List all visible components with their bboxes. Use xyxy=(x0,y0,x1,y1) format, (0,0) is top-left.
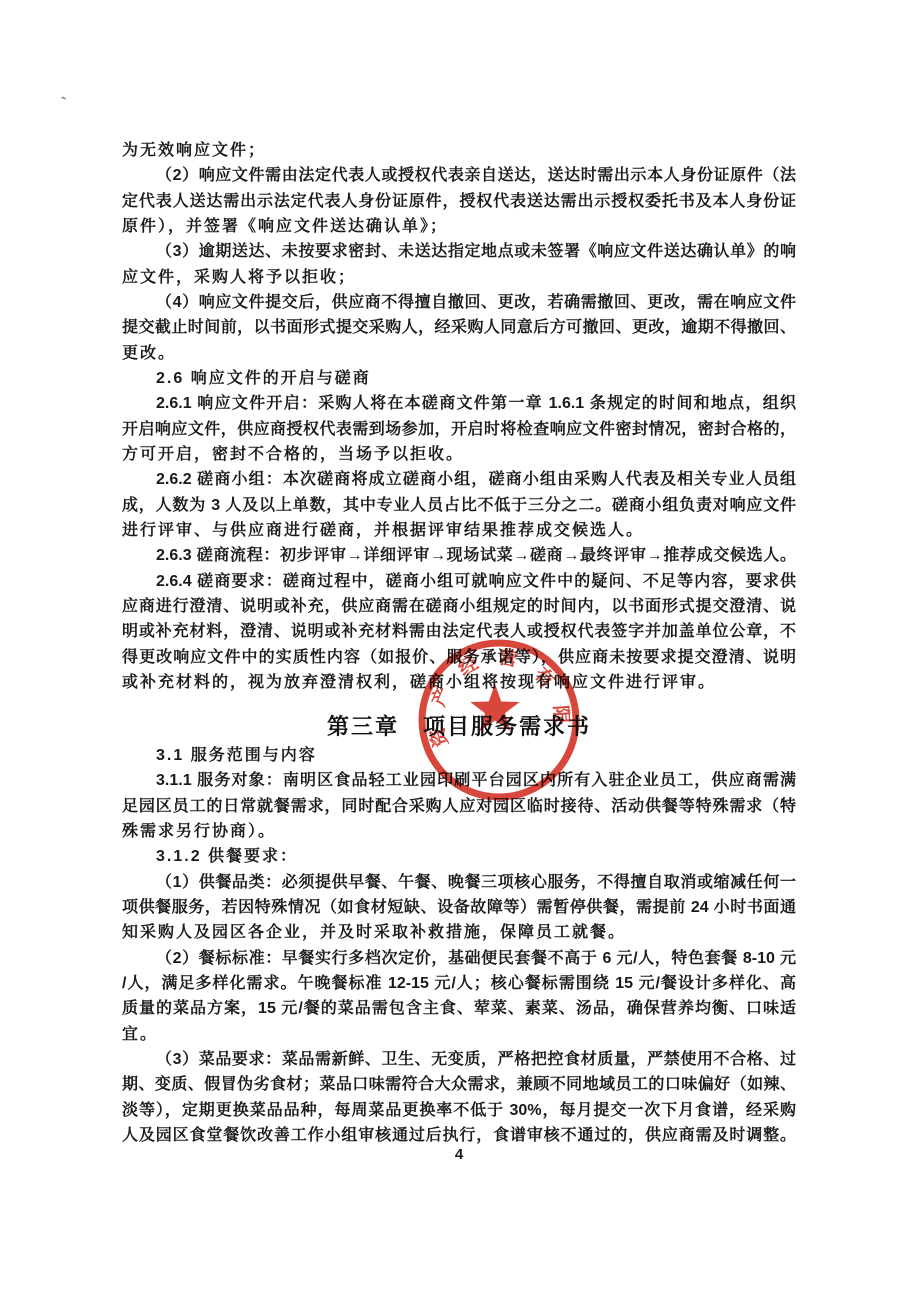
document-line: 成，人数为 3 人及以上单数，其中专业人员占比不低于三分之二。磋商小组负责对响应… xyxy=(122,493,796,518)
red-seal-stamp: 资产经营有限公司 xyxy=(404,625,594,815)
document-line: （1）供餐品类：必须提供早餐、午餐、晚餐三项核心服务，不得擅自取消或缩减任何一 xyxy=(122,870,796,895)
document-line: （3）菜品要求：菜品需新鲜、卫生、无变质，严格把控食材质量，严禁使用不合格、过 xyxy=(122,1047,796,1072)
document-line: 提交截止时间前，以书面形式提交采购人，经采购人同意后方可撤回、更改，逾期不得撤回… xyxy=(122,315,796,340)
document-line: 进行评审、与供应商进行磋商，并根据评审结果推荐成交候选人。 xyxy=(122,518,796,543)
document-line: 应商进行澄清、说明或补充，供应商需在磋商小组规定的时间内，以书面形式提交澄清、说 xyxy=(122,594,796,619)
document-line: 开启响应文件，供应商授权代表需到场参加，开启时将检查响应文件密封情况，密封合格的… xyxy=(122,417,796,442)
document-line: 知采购人及园区各企业，并及时采取补救措施，保障员工就餐。 xyxy=(122,920,796,945)
document-line: 为无效响应文件； xyxy=(122,138,796,163)
document-line: 2.6.2 磋商小组：本次磋商将成立磋商小组，磋商小组由采购人代表及相关专业人员… xyxy=(122,467,796,492)
document-line: 3.1.2 供餐要求： xyxy=(122,844,796,869)
document-line: 宜。 xyxy=(122,1022,796,1047)
document-line: （3）逾期送达、未按要求密封、未送达指定地点或未签署《响应文件送达确认单》的响 xyxy=(122,239,796,264)
document-line: 2.6.4 磋商要求：磋商过程中，磋商小组可就响应文件中的疑问、不足等内容，要求… xyxy=(122,569,796,594)
scanned-document-page: ` 为无效响应文件；（2）响应文件需由法定代表人或授权代表亲自送达，送达时需出示… xyxy=(0,0,920,1301)
document-line: 更改。 xyxy=(122,341,796,366)
document-line: （2）餐标标准：早餐实行多档次定价，基础便民套餐不高于 6 元/人，特色套餐 8… xyxy=(122,946,796,971)
document-line: 方可开启，密封不合格的，当场予以拒收。 xyxy=(122,442,796,467)
document-line: （4）响应文件提交后，供应商不得擅自撤回、更改，若确需撤回、更改，需在响应文件 xyxy=(122,290,796,315)
document-line: 2.6 响应文件的开启与磋商 xyxy=(122,366,796,391)
document-line: 期、变质、假冒伪劣食材；菜品口味需符合大众需求，兼顾不同地域员工的口味偏好（如辣… xyxy=(122,1072,796,1097)
document-line: /人，满足多样化需求。午晚餐标准 12-15 元/人；核心餐标需围绕 15 元/… xyxy=(122,971,796,996)
scan-artifact-mark: ` xyxy=(60,94,71,118)
document-line: 项供餐服务，若因特殊情况（如食材短缺、设备故障等）需暂停供餐，需提前 24 小时… xyxy=(122,895,796,920)
document-line: 人及园区食堂餐饮改善工作小组审核通过后执行，食谱审核不通过的，供应商需及时调整。 xyxy=(122,1123,796,1148)
document-line: 质量的菜品方案，15 元/餐的菜品需包含主食、荤菜、素菜、汤品，确保营养均衡、口… xyxy=(122,996,796,1021)
document-line: 2.6.3 磋商流程：初步评审→详细评审→现场试菜→磋商→最终评审→推荐成交候选… xyxy=(122,543,796,568)
page-number: 4 xyxy=(122,1146,796,1163)
document-line: 殊需求另行协商）。 xyxy=(122,819,796,844)
document-line: 定代表人送达需出示法定代表人身份证原件，授权代表送达需出示授权委托书及本人身份证 xyxy=(122,189,796,214)
document-line: 原件），并签署《响应文件送达确认单》； xyxy=(122,214,796,239)
document-body-top: 为无效响应文件；（2）响应文件需由法定代表人或授权代表亲自送达，送达时需出示本人… xyxy=(122,138,796,695)
document-line: 2.6.1 响应文件开启：采购人将在本磋商文件第一章 1.6.1 条规定的时间和… xyxy=(122,391,796,416)
document-line: 应文件，采购人将予以拒收； xyxy=(122,265,796,290)
seal-star-icon xyxy=(470,684,519,731)
document-line: 淡等），定期更换菜品品种，每周菜品更换率不低于 30%，每月提交一次下月食谱，经… xyxy=(122,1098,796,1123)
document-line: （2）响应文件需由法定代表人或授权代表亲自送达，送达时需出示本人身份证原件（法 xyxy=(122,163,796,188)
